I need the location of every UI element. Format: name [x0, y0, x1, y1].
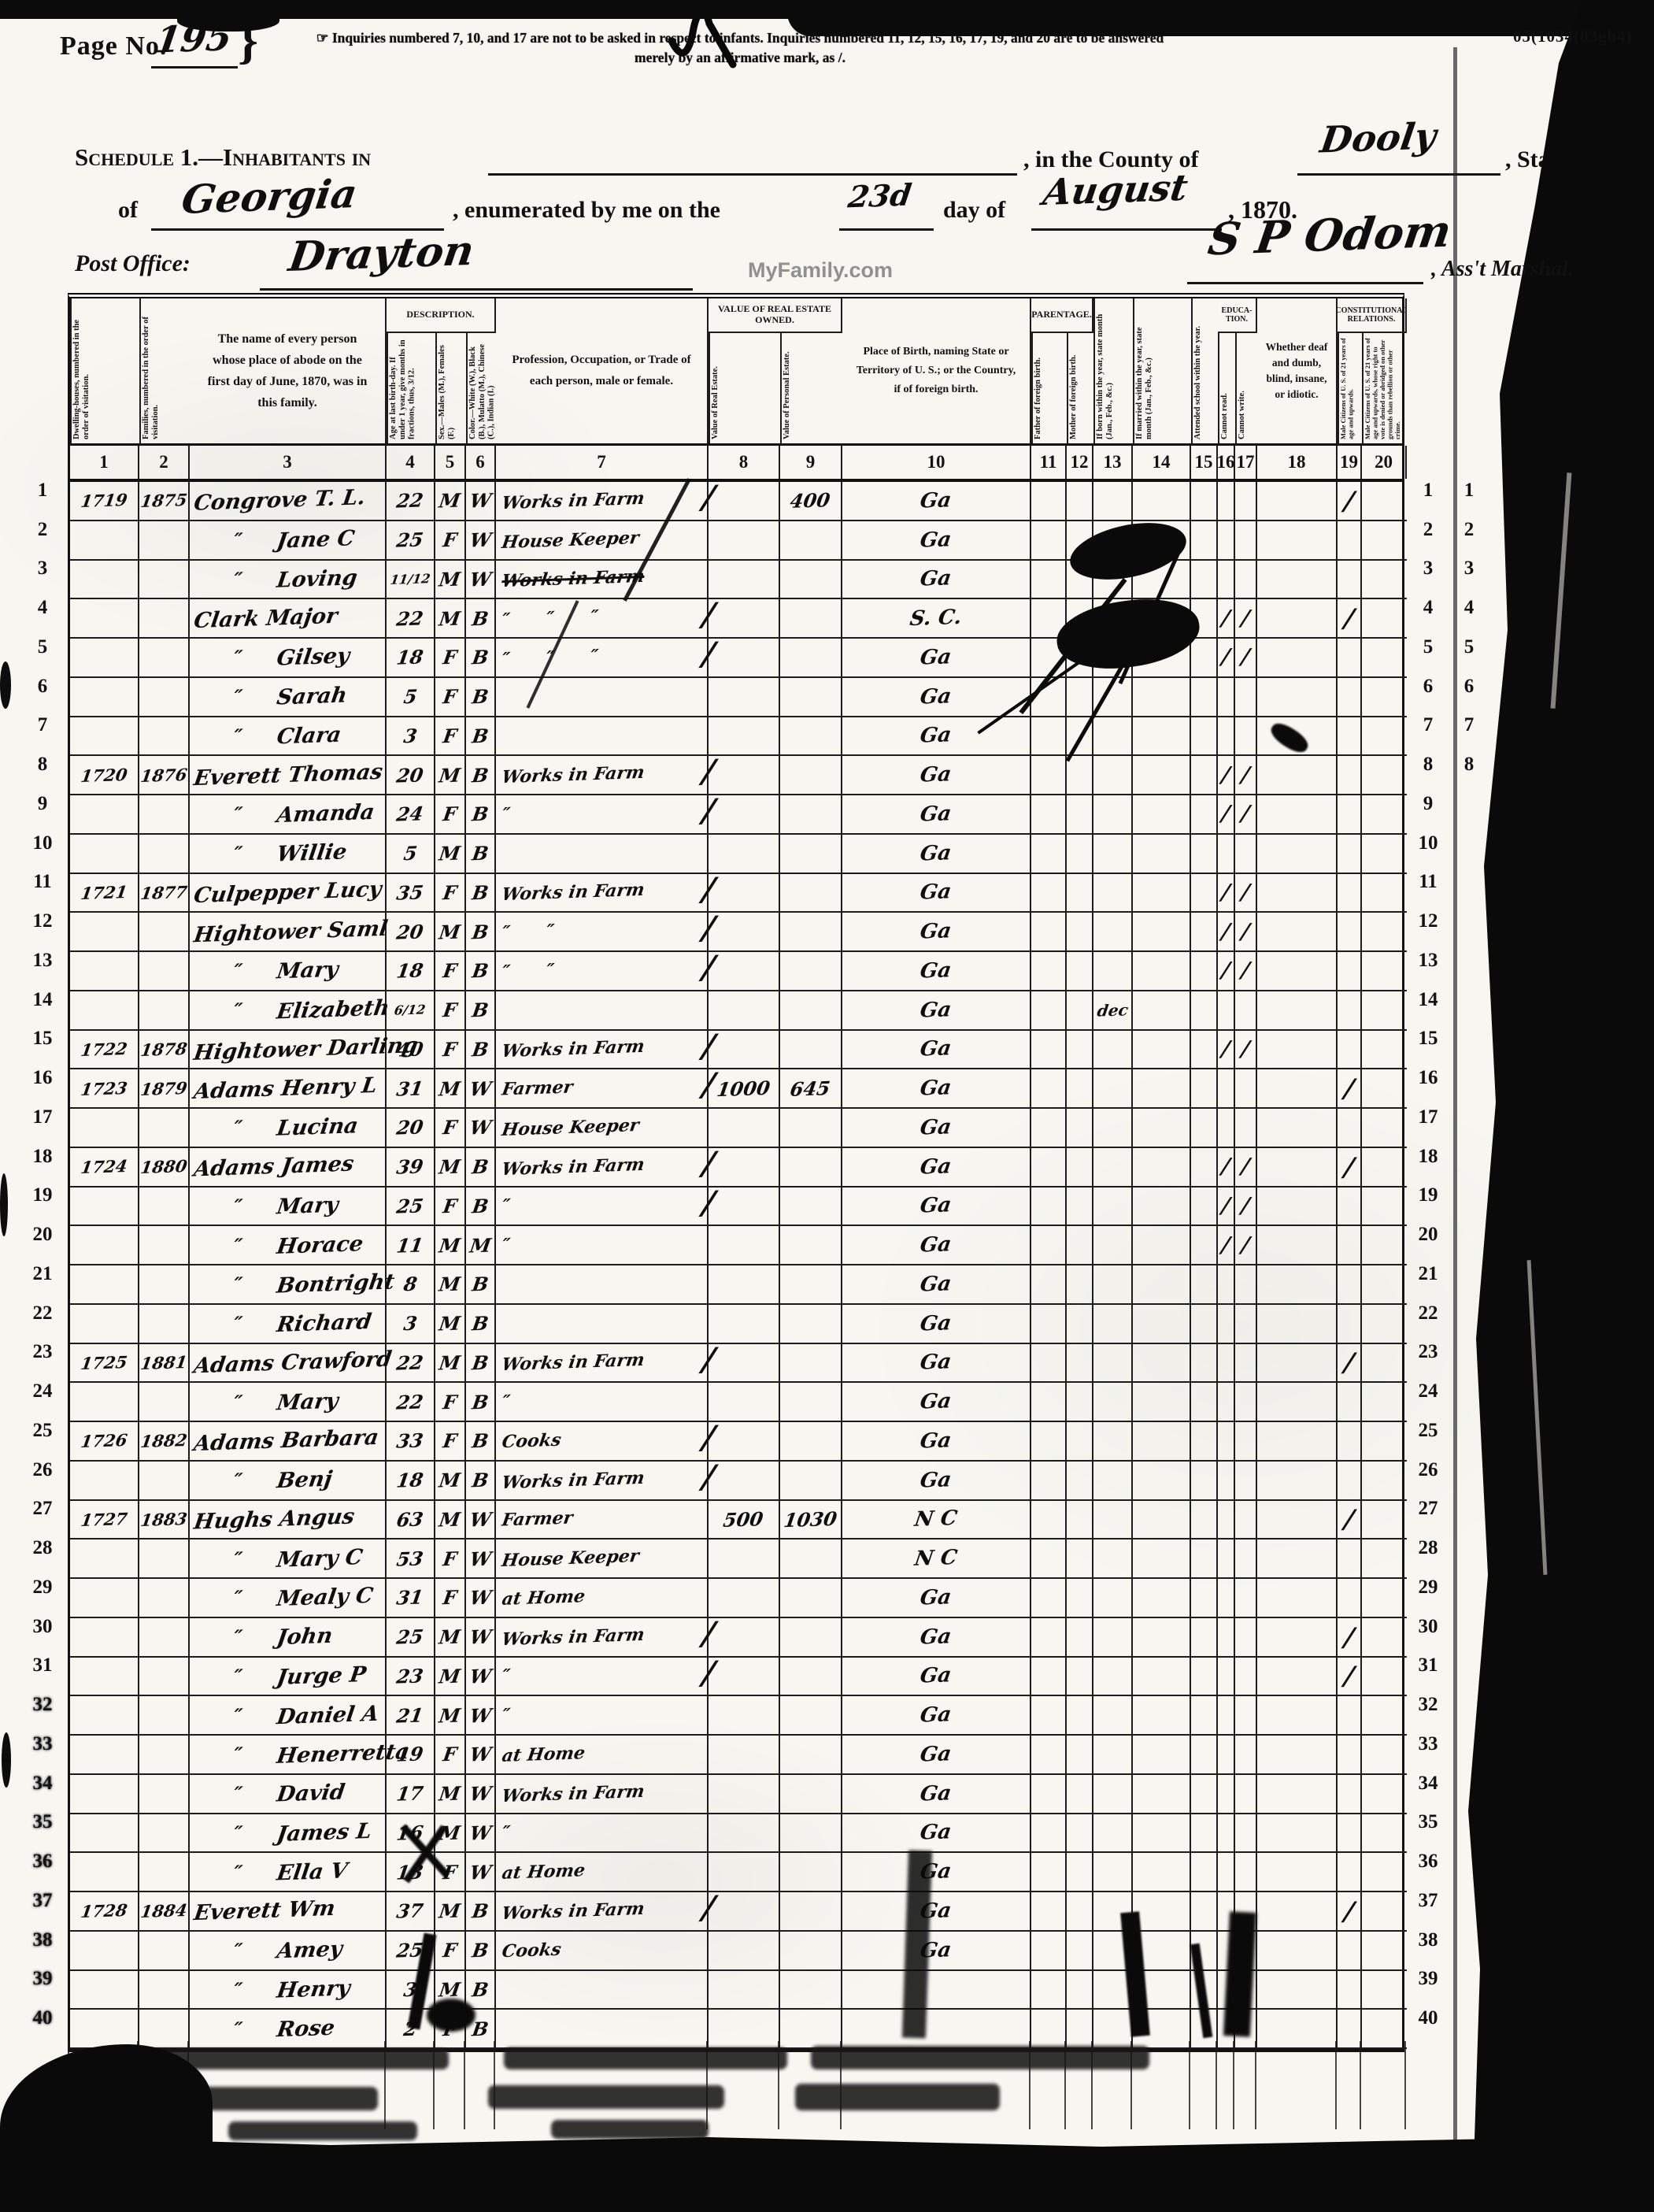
left-row-number: 40 [24, 1999, 61, 2038]
torn-edge-blob [177, 8, 279, 31]
cell-mother-foreign [1067, 913, 1093, 952]
cell-age: 25 [387, 521, 435, 561]
cell-personal-estate: 1030 [780, 1501, 842, 1540]
cell-color: B [466, 874, 496, 913]
left-row-number: 31 [24, 1647, 61, 1686]
cell-real-estate [709, 521, 780, 561]
cell-cannot-read [1218, 1305, 1235, 1344]
cell-birthplace: Ga [842, 913, 1031, 952]
cell-name: ″Amey [190, 1932, 387, 1971]
table-row: ″Horace11MM″Ga// [70, 1226, 1402, 1265]
cell-sex: M [435, 1462, 466, 1501]
torn-edge-right [1464, 0, 1654, 2212]
cell-cannot-read [1218, 1540, 1235, 1579]
right-row-number-duplicate [1453, 784, 1485, 824]
right-row-number-duplicate [1453, 980, 1485, 1020]
cell-dwelling [70, 1188, 139, 1227]
right-row-number: 21 [1409, 1254, 1447, 1294]
col-header-deaf-dumb: Whether deaf and dumb, blind, insane, or… [1257, 298, 1338, 443]
cell-married-month [1133, 1696, 1191, 1736]
cell-cannot-write: / [1235, 1188, 1257, 1227]
cell-birthplace: Ga [842, 1696, 1031, 1736]
cell-cannot-read [1218, 991, 1235, 1031]
cell-deaf-dumb [1257, 2010, 1338, 2049]
cell-name: ″Jurge P [190, 1658, 387, 1697]
right-row-number-duplicate [1453, 863, 1485, 902]
cell-birthplace: Ga [842, 1579, 1031, 1618]
cell-birthplace: Ga [842, 1344, 1031, 1384]
cell-family [139, 1618, 190, 1658]
cell-occupation: at Home [496, 1853, 709, 1892]
cell-father-foreign [1031, 1971, 1067, 2010]
cell-birth-month [1093, 1226, 1133, 1265]
table-row: ″Mary18FB″ ″/Ga// [70, 952, 1402, 991]
cell-real-estate [709, 482, 780, 521]
cell-color: W [466, 561, 496, 600]
cell-vote-denied [1362, 1226, 1407, 1265]
cell-dwelling [70, 1226, 139, 1265]
cell-father-foreign [1031, 1501, 1067, 1540]
right-row-number-duplicate: 2 [1453, 510, 1485, 550]
cell-deaf-dumb [1257, 1226, 1338, 1265]
cell-real-estate [709, 717, 780, 757]
cell-deaf-dumb [1257, 1148, 1338, 1188]
cell-family [139, 913, 190, 952]
cell-attended-school [1191, 1109, 1218, 1148]
cell-age: 20 [387, 1109, 435, 1148]
cell-mother-foreign [1067, 1658, 1093, 1697]
cell-citizen [1338, 1540, 1362, 1579]
cell-birth-month [1093, 874, 1133, 913]
cell-cannot-write: / [1235, 913, 1257, 952]
cell-married-month [1133, 756, 1191, 795]
table-row: ″James L16MW″Ga [70, 1814, 1402, 1854]
cell-family [139, 1696, 190, 1736]
cell-sex: M [435, 1892, 466, 1932]
cell-vote-denied [1362, 1265, 1407, 1305]
cell-age: 19 [387, 1736, 435, 1775]
left-row-number: 29 [24, 1568, 61, 1607]
col-header-age: Age at last birth-day. If under 1 year, … [387, 333, 435, 443]
cell-birthplace: Ga [842, 1069, 1031, 1109]
cell-attended-school [1191, 1462, 1218, 1501]
cell-name: ″Clara [190, 717, 387, 757]
cell-family [139, 678, 190, 717]
cell-name: Clark Major [190, 599, 387, 639]
cell-birth-month [1093, 1383, 1133, 1422]
footer-grid-line [1404, 2041, 1406, 2129]
cell-citizen: / [1338, 482, 1362, 521]
right-row-number: 13 [1409, 941, 1447, 980]
right-row-number: 36 [1409, 1842, 1447, 1881]
cell-cannot-read [1218, 1422, 1235, 1462]
cell-vote-denied [1362, 639, 1407, 678]
cell-mother-foreign [1067, 1892, 1093, 1932]
cell-real-estate [709, 1971, 780, 2010]
left-row-number: 24 [24, 1372, 61, 1411]
cell-occupation: Cooks [496, 1932, 709, 1971]
cell-attended-school [1191, 874, 1218, 913]
group-header-parentage: PARENTAGE. [1031, 298, 1093, 333]
cell-cannot-write [1235, 991, 1257, 1031]
cell-mother-foreign [1067, 1148, 1093, 1188]
left-row-number: 9 [24, 784, 61, 824]
cell-citizen [1338, 1696, 1362, 1736]
cell-cannot-read [1218, 1265, 1235, 1305]
col-header-family: Families, numbered in the order of visit… [139, 298, 190, 443]
cell-dwelling [70, 1305, 139, 1344]
cell-cannot-read [1218, 835, 1235, 874]
cell-mother-foreign [1067, 952, 1093, 991]
cell-age: 3 [387, 1305, 435, 1344]
cell-married-month [1133, 1383, 1191, 1422]
cell-mother-foreign [1067, 1109, 1093, 1148]
right-row-number: 28 [1409, 1528, 1447, 1568]
cell-vote-denied [1362, 1618, 1407, 1658]
cell-citizen [1338, 561, 1362, 600]
cell-married-month [1133, 1462, 1191, 1501]
left-row-number: 38 [24, 1921, 61, 1960]
cell-mother-foreign [1067, 1383, 1093, 1422]
left-row-number: 6 [24, 667, 61, 706]
cell-occupation: Works in Farm/ [496, 1344, 709, 1384]
cell-vote-denied [1362, 1658, 1407, 1697]
cell-occupation: Works in Farm/ [496, 1031, 709, 1070]
cell-vote-denied [1362, 1814, 1407, 1854]
cell-cannot-write [1235, 1501, 1257, 1540]
cell-cannot-read: / [1218, 795, 1235, 835]
cell-name: ″Amanda [190, 795, 387, 835]
cell-father-foreign [1031, 1853, 1067, 1892]
cell-birth-month [1093, 1462, 1133, 1501]
cell-birth-month [1093, 1853, 1133, 1892]
column-number-5: 5 [435, 446, 466, 479]
cell-birthplace: Ga [842, 678, 1031, 717]
cell-age: 18 [387, 1462, 435, 1501]
cell-color: W [466, 1618, 496, 1658]
cell-cannot-write [1235, 561, 1257, 600]
cell-attended-school [1191, 835, 1218, 874]
cell-family [139, 1226, 190, 1265]
cell-deaf-dumb [1257, 874, 1338, 913]
enumerated-label: , enumerated by me on the [453, 197, 720, 224]
cell-attended-school [1191, 795, 1218, 835]
cell-personal-estate [780, 717, 842, 757]
cell-family: 1880 [139, 1148, 190, 1188]
cell-age: 21 [387, 1696, 435, 1736]
cell-occupation: Works in Farm/ [496, 1462, 709, 1501]
col-header-married-month: If married within the year, state month … [1133, 298, 1191, 443]
cell-age: 63 [387, 1501, 435, 1540]
cell-dwelling [70, 561, 139, 600]
cell-birthplace: Ga [842, 482, 1031, 521]
cell-occupation [496, 835, 709, 874]
cell-name: Everett Wm [190, 1892, 387, 1932]
right-row-number: 31 [1409, 1647, 1447, 1686]
cell-attended-school [1191, 1031, 1218, 1070]
cell-sex: M [435, 1501, 466, 1540]
cell-sex: M [435, 482, 466, 521]
cell-cannot-read [1218, 1775, 1235, 1814]
cell-cannot-read: / [1218, 913, 1235, 952]
column-number-row: 1234567891011121314151617181920 [68, 446, 1404, 482]
cell-dwelling [70, 717, 139, 757]
col-header-sex: Sex.—Males (M.), Females (F.) [435, 333, 466, 443]
cell-attended-school [1191, 1775, 1218, 1814]
cell-married-month [1133, 1188, 1191, 1227]
cell-mother-foreign [1067, 795, 1093, 835]
cell-name: ″Willie [190, 835, 387, 874]
cell-age: 5 [387, 678, 435, 717]
cell-real-estate [709, 1383, 780, 1422]
cell-occupation: Works in Farm [496, 1775, 709, 1814]
cell-dwelling [70, 1462, 139, 1501]
footer-grid-line [1335, 2041, 1337, 2129]
column-number-6: 6 [466, 446, 496, 479]
left-row-number: 13 [24, 941, 61, 980]
cell-birthplace: Ga [842, 991, 1031, 1031]
right-row-number: 37 [1409, 1881, 1447, 1921]
cell-married-month [1133, 1265, 1191, 1305]
cell-vote-denied [1362, 2010, 1407, 2049]
cell-sex: F [435, 1109, 466, 1148]
cell-mother-foreign [1067, 1265, 1093, 1305]
cell-color: B [466, 1422, 496, 1462]
marshal-label: , Ass't Marshal. [1431, 257, 1574, 282]
cell-father-foreign [1031, 874, 1067, 913]
cell-father-foreign [1031, 1892, 1067, 1932]
cell-vote-denied [1362, 1775, 1407, 1814]
cell-deaf-dumb [1257, 1383, 1338, 1422]
day-value: 23d [846, 177, 914, 215]
cell-birth-month [1093, 1696, 1133, 1736]
col-header-occupation: Profession, Occupation, or Trade of each… [496, 298, 709, 443]
left-row-number: 35 [24, 1803, 61, 1843]
cell-deaf-dumb [1257, 1188, 1338, 1227]
cell-sex: F [435, 795, 466, 835]
cell-vote-denied [1362, 1069, 1407, 1109]
cell-cannot-read [1218, 1696, 1235, 1736]
cell-citizen [1338, 991, 1362, 1031]
cell-occupation: ″ [496, 1383, 709, 1422]
cell-family [139, 1383, 190, 1422]
cell-real-estate [709, 1932, 780, 1971]
cell-married-month [1133, 717, 1191, 757]
cell-name: ″Bontright [190, 1265, 387, 1305]
cell-citizen: / [1338, 599, 1362, 639]
cell-name: ″Lucina [190, 1109, 387, 1148]
cell-occupation [496, 717, 709, 757]
cell-age: 40 [387, 1031, 435, 1070]
cell-attended-school [1191, 1148, 1218, 1188]
cell-dwelling: 1719 [70, 482, 139, 521]
left-row-number: 15 [24, 1020, 61, 1059]
cell-age: 20 [387, 756, 435, 795]
cell-dwelling [70, 835, 139, 874]
footer-grid-line [464, 2041, 465, 2129]
cell-name: ″Horace [190, 1226, 387, 1265]
cell-family [139, 991, 190, 1031]
cell-married-month [1133, 1069, 1191, 1109]
cell-age: 39 [387, 1148, 435, 1188]
cell-birth-month [1093, 1069, 1133, 1109]
cell-personal-estate [780, 639, 842, 678]
cell-real-estate [709, 991, 780, 1031]
cell-age: 31 [387, 1069, 435, 1109]
cell-citizen [1338, 1383, 1362, 1422]
cell-vote-denied [1362, 913, 1407, 952]
cell-birth-month [1093, 1188, 1133, 1227]
cell-father-foreign [1031, 1109, 1067, 1148]
cell-age: 18 [387, 639, 435, 678]
cell-father-foreign [1031, 756, 1067, 795]
cell-attended-school [1191, 1305, 1218, 1344]
cell-vote-denied [1362, 991, 1407, 1031]
cell-color: W [466, 1696, 496, 1736]
cell-birthplace: Ga [842, 1383, 1031, 1422]
cell-personal-estate [780, 1618, 842, 1658]
left-row-number: 10 [24, 824, 61, 863]
column-number-2: 2 [139, 446, 190, 479]
cell-married-month [1133, 1775, 1191, 1814]
cell-color: B [466, 1305, 496, 1344]
col-header-birth-month: If born within the year, state month (Ja… [1093, 298, 1133, 443]
cell-citizen [1338, 639, 1362, 678]
left-row-number: 14 [24, 980, 61, 1020]
cell-personal-estate: 645 [780, 1069, 842, 1109]
right-row-number: 18 [1409, 1137, 1447, 1176]
cell-name: ″Henry [190, 1971, 387, 2010]
cell-mother-foreign [1067, 1188, 1093, 1227]
cell-name: ″Sarah [190, 678, 387, 717]
table-row: 17241880Adams James39MBWorks in Farm/Ga/… [70, 1148, 1402, 1188]
cell-name: ″Henerretta [190, 1736, 387, 1775]
cell-cannot-read: / [1218, 874, 1235, 913]
column-number-16: 16 [1218, 446, 1235, 479]
cell-father-foreign [1031, 1462, 1067, 1501]
table-row: 17271883Hughs Angus63MWFarmer5001030N C/ [70, 1501, 1402, 1540]
right-row-number: 22 [1409, 1294, 1447, 1333]
col-header-name: The name of every person whose place of … [190, 298, 387, 443]
footer-grid-line [1255, 2041, 1256, 2129]
table-row: ″John25MWWorks in Farm/Ga/ [70, 1618, 1402, 1658]
footer-grid-line [1189, 2041, 1190, 2129]
cell-personal-estate [780, 561, 842, 600]
cell-vote-denied [1362, 835, 1407, 874]
cell-age: 20 [387, 913, 435, 952]
column-number-11: 11 [1031, 446, 1067, 479]
cell-cannot-write: / [1235, 1148, 1257, 1188]
cell-color: B [466, 1932, 496, 1971]
cell-mother-foreign [1067, 1775, 1093, 1814]
cell-married-month [1133, 1540, 1191, 1579]
group-header-description: DESCRIPTION. [387, 298, 496, 333]
right-row-number: 29 [1409, 1568, 1447, 1607]
cell-cannot-write [1235, 1853, 1257, 1892]
cell-cannot-write [1235, 1736, 1257, 1775]
cell-family [139, 1540, 190, 1579]
cell-sex: F [435, 1422, 466, 1462]
cell-cannot-read [1218, 1501, 1235, 1540]
cell-citizen [1338, 1109, 1362, 1148]
cell-family [139, 1814, 190, 1854]
cell-real-estate [709, 1109, 780, 1148]
left-row-number: 3 [24, 550, 61, 589]
cell-vote-denied [1362, 521, 1407, 561]
table-body: 17191875Congrove T. L.22MWWorks in Farm/… [68, 482, 1404, 2052]
cell-sex: M [435, 561, 466, 600]
right-row-number-duplicate: 7 [1453, 706, 1485, 746]
cell-deaf-dumb [1257, 795, 1338, 835]
cell-cannot-write [1235, 1462, 1257, 1501]
cell-birthplace: Ga [842, 874, 1031, 913]
cell-birthplace: Ga [842, 639, 1031, 678]
cell-cannot-write [1235, 1265, 1257, 1305]
cell-dwelling: 1720 [70, 756, 139, 795]
cell-real-estate [709, 1736, 780, 1775]
left-row-number: 36 [24, 1842, 61, 1881]
cell-sex: M [435, 1344, 466, 1384]
group-header-education: EDUCA-TION. [1218, 298, 1257, 333]
cell-deaf-dumb [1257, 1971, 1338, 2010]
cell-birthplace: Ga [842, 1109, 1031, 1148]
right-row-number-duplicate: 3 [1453, 550, 1485, 589]
cell-personal-estate [780, 1422, 842, 1462]
cell-father-foreign [1031, 1265, 1067, 1305]
cell-real-estate [709, 1658, 780, 1697]
right-row-number-duplicate [1453, 1607, 1485, 1647]
col-header-attended-school: Attended school within the year. [1191, 298, 1218, 443]
cell-attended-school [1191, 1344, 1218, 1384]
cell-occupation: ″/ [496, 1658, 709, 1697]
right-row-number: 20 [1409, 1215, 1447, 1254]
right-row-number: 7 [1409, 706, 1447, 746]
cell-vote-denied [1362, 1501, 1407, 1540]
marshal-signature: S P Odom [1204, 206, 1454, 266]
col-header-cannot-read: Cannot read. [1218, 333, 1235, 443]
left-row-number: 33 [24, 1725, 61, 1764]
cell-age: 25 [387, 1188, 435, 1227]
cell-deaf-dumb [1257, 1109, 1338, 1148]
cell-personal-estate [780, 1579, 842, 1618]
cell-birth-month [1093, 1618, 1133, 1658]
right-row-number: 9 [1409, 784, 1447, 824]
cell-cannot-write [1235, 1422, 1257, 1462]
cell-mother-foreign [1067, 1422, 1093, 1462]
cell-citizen [1338, 1736, 1362, 1775]
cell-personal-estate [780, 913, 842, 952]
cell-family: 1878 [139, 1031, 190, 1070]
cell-color: W [466, 1814, 496, 1854]
right-row-number-duplicate: 6 [1453, 667, 1485, 706]
cell-birth-month [1093, 1422, 1133, 1462]
right-row-number-duplicate: 8 [1453, 745, 1485, 784]
cell-birthplace: Ga [842, 1188, 1031, 1227]
cell-cannot-read: / [1218, 639, 1235, 678]
cell-birthplace: Ga [842, 1658, 1031, 1697]
cell-real-estate [709, 1031, 780, 1070]
cell-father-foreign [1031, 1383, 1067, 1422]
cell-vote-denied [1362, 678, 1407, 717]
cell-personal-estate [780, 1658, 842, 1697]
left-row-number: 4 [24, 588, 61, 628]
cell-deaf-dumb [1257, 482, 1338, 521]
left-row-number: 17 [24, 1098, 61, 1137]
illegible-footer-text [811, 2046, 1149, 2069]
col-header-color: Color.—White (W.), Black (B.), Mulatto (… [466, 333, 496, 443]
cell-cannot-write [1235, 1814, 1257, 1854]
cell-vote-denied [1362, 1853, 1407, 1892]
